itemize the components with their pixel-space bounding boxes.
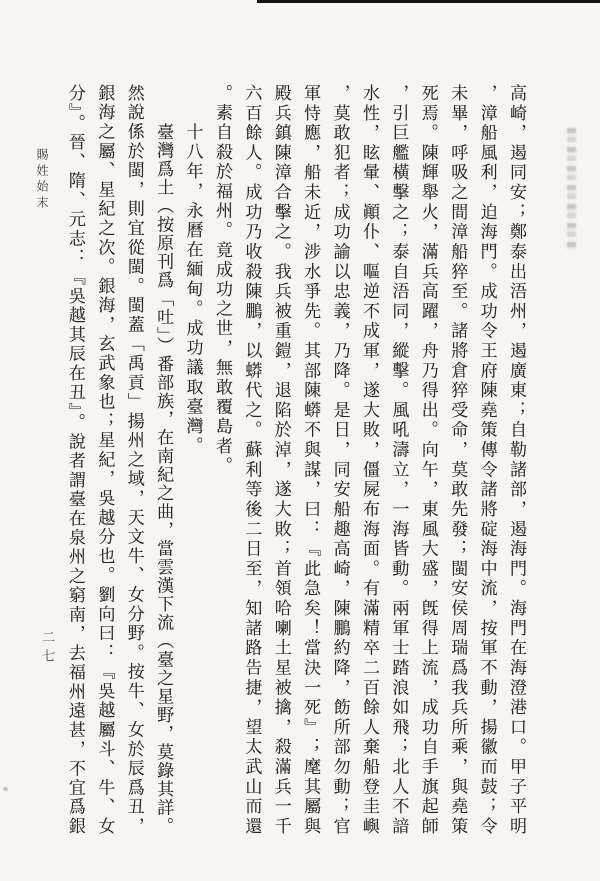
text-column-14: 然說係於閩，則宜從閩。閩蓋「禹貢」揚州之域，天文牛、女分野。按牛、女於辰爲丑， — [118, 84, 147, 834]
text-column-5: ，引巨艦橫擊之；泰自浯同，縱擊。風吼濤立，一海皆動。兩軍士踏浪如飛；北人不諳 — [383, 84, 412, 834]
scan-edge-line — [257, 0, 600, 3]
text-column-4: 死焉。陳輝舉火，滿兵高躍，舟乃得出。向午，東風大盛，旣得上流，成功自手旗起師 — [412, 84, 441, 834]
scan-speck — [3, 787, 8, 791]
text-column-7: ，莫敢犯者；成功諭以忠義，乃降。是日，同安船趣高崎，陳鵬約降，飭所部勿動；官 — [324, 84, 353, 834]
text-column-16: 分』。晉、隋、元志：『吳越其辰在丑』。說者謂臺在泉州之窮南，去福州遠甚，不宜爲銀 — [60, 84, 89, 834]
text-column-6: 水性，眩暈、顚仆、嘔逆不成軍，遂大敗，僵屍布海面。有滿精卒二百餘人棄船登圭嶼 — [354, 84, 383, 834]
text-column-3: 未畢，呼吸之間漳船猝至。諸將倉猝受命，莫敢先發；閩安侯周瑞爲我兵所乘，與堯策 — [442, 84, 471, 834]
text-column-13: 臺灣爲土（按原刊爲「吐」）番部族，在南紀之曲，當雲漢下流（臺之星野，莫錄其詳。 — [148, 84, 177, 834]
margin-title: 賜姓始末 — [34, 148, 51, 212]
text-column-9: 殿兵鎮陳漳合擊之。我兵被重鎧，退陷於淖，遂大敗；首領哈喇土星被擒，殺滿兵一千 — [265, 84, 294, 834]
book-page: 賜姓始末 二七 高崎，遏同安；鄭泰出浯州，遏廣東；自勒諸部，遏海門。海門在海澄港… — [0, 0, 600, 881]
text-column-15: 銀海之屬、星紀之次。銀海，玄武象也；星紀，吳越分也。劉向曰：『吳越屬斗、牛、女 — [89, 84, 118, 834]
text-column-1: 高崎，遏同安；鄭泰出浯州，遏廣東；自勒諸部，遏海門。海門在海澄港口。甲子平明 — [501, 84, 530, 834]
text-column-2: ，漳船風利，迫海門。成功令王府陳堯策傳令諸將碇海中流，按軍不動，揚徽而鼓；令 — [471, 84, 500, 834]
text-block: 高崎，遏同安；鄭泰出浯州，遏廣東；自勒諸部，遏海門。海門在海澄港口。甲子平明 ，… — [60, 84, 531, 834]
text-column-8: 軍恃應，船未近，涉水爭先。其部陳蟒不與謀，曰：『此急矣！當決一死』；麾其屬與 — [295, 84, 324, 834]
text-column-12: 十八年，永曆在緬甸。成功議取臺灣。 — [177, 84, 206, 834]
text-column-11: 。素自殺於福州。竟成功之世，無敢覆島者。 — [207, 84, 236, 834]
page-number: 二七 — [37, 630, 56, 668]
bleedthrough-marks — [567, 128, 576, 250]
text-column-10: 六百餘人。成功乃收殺陳鵬，以蟒代之。蘇利等後二日至，知諸路告捷，望太武山而還 — [236, 84, 265, 834]
